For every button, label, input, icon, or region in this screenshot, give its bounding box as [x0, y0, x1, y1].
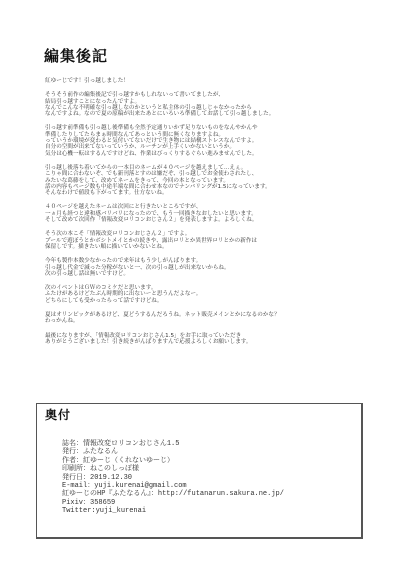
colophon-item-homepage: 紅ゆーじのHP『ふたなるん』：http://futanarun.sakura.n… [62, 490, 284, 498]
colophon-value: ふたなるん [83, 448, 118, 456]
colophon-separator: ： [76, 448, 83, 456]
text-line: 紅ゆーじです！引っ越しました！ [45, 78, 365, 84]
colophon-value: yuji_kurenai [96, 507, 146, 515]
afterword-paragraph: 紅ゆーじです！引っ越しました！ [45, 78, 365, 84]
colophon-value: 情報改変ロリコンおじさん1.5 [83, 440, 179, 448]
colophon-item-pixiv: Pixiv：358659 [62, 499, 284, 507]
colophon-box: 奥付 誌名：情報改変ロリコンおじさん1.5 発行：ふたなるん 作者：紅ゆーじ（く… [36, 403, 363, 539]
text-line: 保留しです。描きたい順に描いていかないとね。 [45, 244, 365, 250]
text-line: ありがとうございました！引き続きがんばりますんで応援よろしくお願いします。 [45, 339, 365, 345]
colophon-title: 奥付 [45, 408, 71, 422]
colophon-value: 2019.12.30 [90, 474, 132, 482]
afterword-body: 紅ゆーじです！引っ越しました！ そうそう前作の編集後記で引っ越すかもしれないって… [45, 78, 365, 353]
colophon-key: E-mail [62, 482, 87, 490]
text-line: 気分は心機一転はするんですけどね、作業はびっくりするぐらい進みませんでした。 [45, 151, 365, 157]
colophon-key: 発行日 [62, 474, 83, 482]
colophon-value: ねこのしっぽ様 [90, 465, 139, 473]
colophon-key: Twitter [62, 507, 91, 515]
colophon-separator: ： [83, 474, 90, 482]
colophon-separator: ： [83, 499, 90, 507]
afterword-paragraph: 引っ越す前準備も引っ越し後準備も全然予定通りいかず足りないものをなんやかんや 準… [45, 125, 365, 156]
colophon-key: 印刷所 [62, 465, 83, 473]
colophon-item-date: 発行日：2019.12.30 [62, 474, 284, 482]
colophon-value: 358659 [90, 499, 115, 507]
colophon-separator: ： [151, 490, 158, 498]
text-line: なんですよね。なので夏の原稿が出来たあとにいろいろ準備してお話して引っ越しました… [45, 111, 365, 117]
afterword-paragraph: 最後になりますが、「情報改変ロリコンおじさん1.5」をお手に取っていただき あり… [45, 333, 365, 346]
colophon-value: yuji.kurenai@gmail.com [94, 482, 186, 490]
colophon-separator: ： [76, 457, 83, 465]
colophon-list: 誌名：情報改変ロリコンおじさん1.5 発行：ふたなるん 作者：紅ゆーじ（くれない… [62, 440, 284, 516]
colophon-key: Pixiv [62, 499, 83, 507]
text-line: 次の引っ越し話は無いですけど。 [45, 271, 365, 277]
afterword-paragraph: そうそう前作の編集後記で引っ越すかもしれないって書いてましたが、 結局引っ越すこ… [45, 92, 365, 117]
afterword-title: 編集後記 [44, 47, 108, 65]
afterword-paragraph: そう次の本こそ「情報改変ロリコンおじさん２」ですよ。 プールで遊ぼうとかボシトメ… [45, 231, 365, 250]
colophon-item-publisher: 発行：ふたなるん [62, 448, 284, 456]
text-line: そんなわけで値段も下がってます。仕方ないね。 [45, 190, 365, 196]
colophon-item-twitter: Twitter:yuji_kurenai [62, 507, 284, 515]
text-line: どちらにしても受かったらって話ですけどね。 [45, 298, 365, 304]
colophon-value: http://futanarun.sakura.ne.jp/ [158, 490, 284, 498]
afterword-paragraph: ４０ページを越えたネームは次回にと行きたいところですが、 一ヵ月も経つと違和感バ… [45, 204, 365, 223]
colophon-value: 紅ゆーじ（くれないゆーじ） [83, 457, 174, 465]
afterword-paragraph: 引っ越し後落ち着いてからの一本目のネームが４０ページを越えまして…えぇ。 こりゃ… [45, 165, 365, 196]
afterword-paragraph: 夏はオリンピックがあるけど、夏どうするんだろうね。ネット販売メインとかになるのか… [45, 312, 365, 325]
colophon-item-author: 作者：紅ゆーじ（くれないゆーじ） [62, 457, 284, 465]
colophon-separator: ： [76, 440, 83, 448]
colophon-key: 作者 [62, 457, 76, 465]
colophon-key: 紅ゆーじのHP『ふたなるん』 [62, 490, 151, 498]
afterword-paragraph: 今年も製作本数少なかったので来年はもう少しがんばります。 引っ越し代金で減った分… [45, 258, 365, 277]
colophon-key: 発行 [62, 448, 76, 456]
text-line: わっかんね。 [45, 318, 365, 324]
colophon-separator: ： [83, 465, 90, 473]
colophon-key: 誌名 [62, 440, 76, 448]
colophon-item-printer: 印刷所：ねこのしっぽ様 [62, 465, 284, 473]
text-line: そして改めて次回作「情報改変ロリコンおじさん２」を発表しますよ。よろしくね。 [45, 217, 365, 223]
book-afterword-page: 編集後記 紅ゆーじです！引っ越しました！ そうそう前作の編集後記で引っ越すかもし… [0, 0, 400, 565]
afterword-paragraph: 次のイベントはＧＷのコミケだと思います。 ふたけがあるけどたぶん時期的に出ないー… [45, 285, 365, 304]
